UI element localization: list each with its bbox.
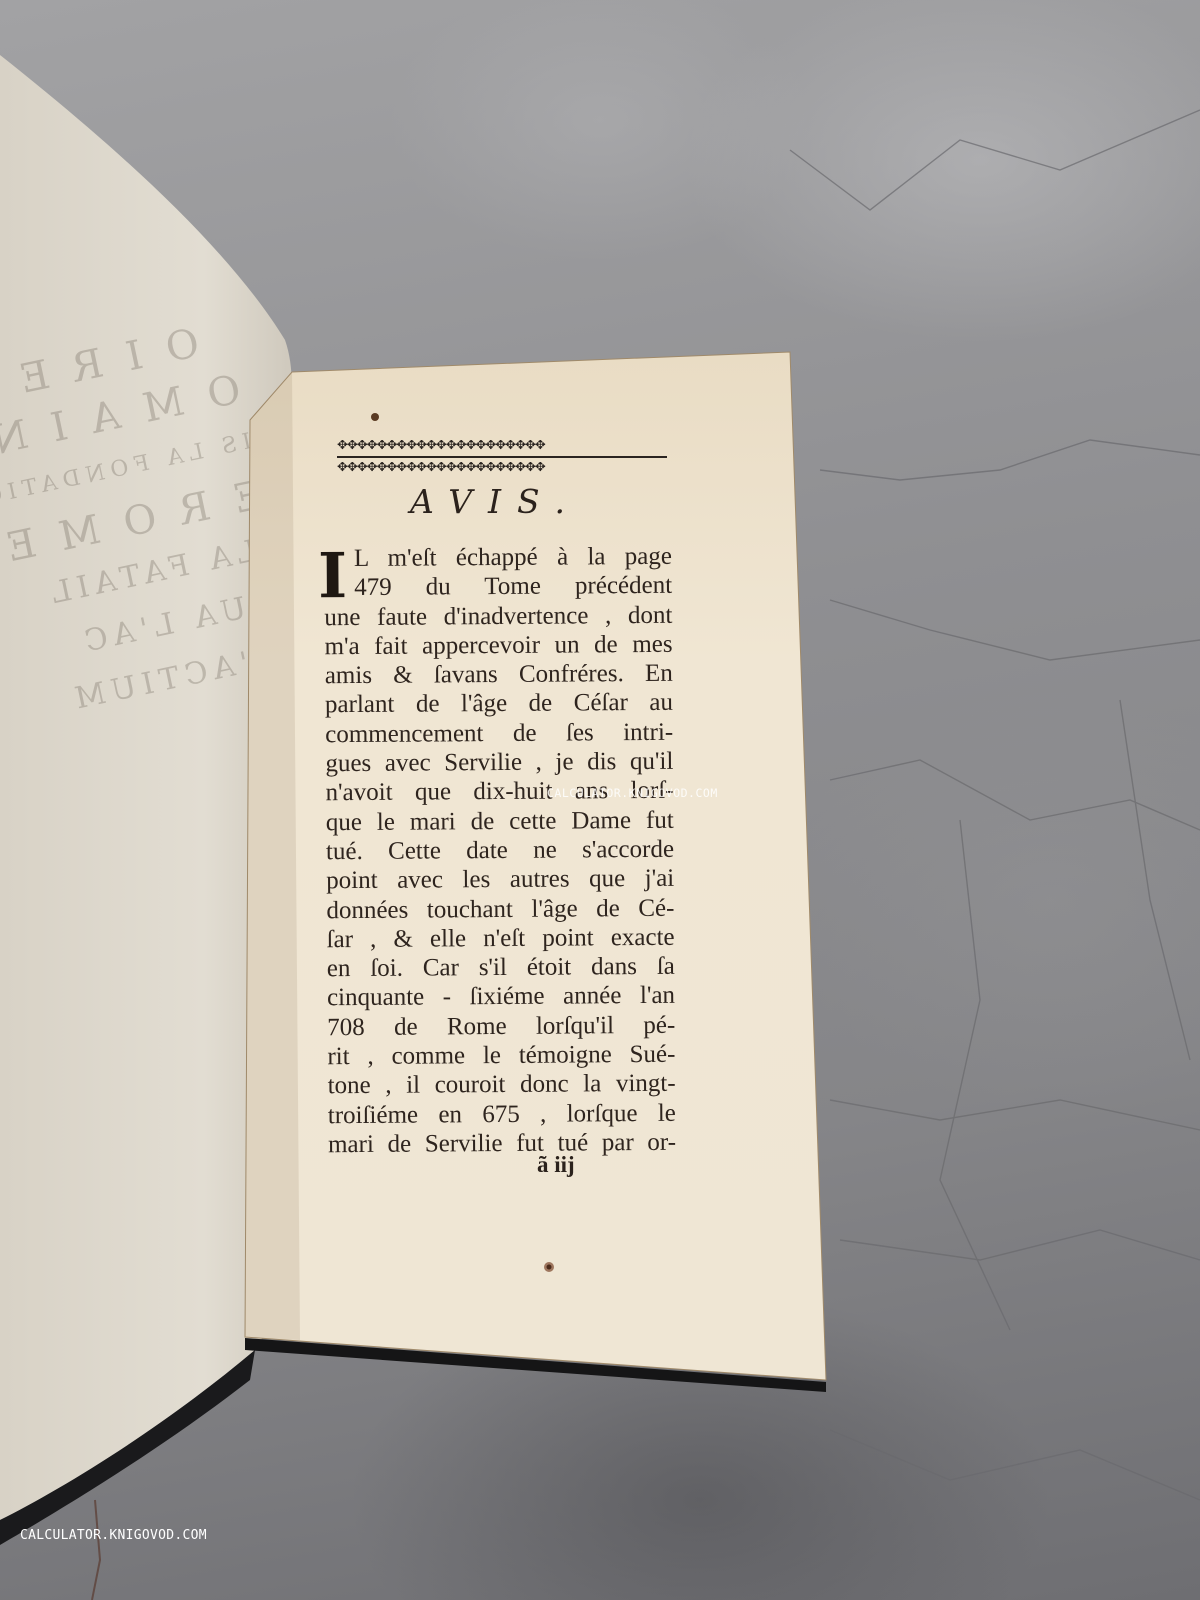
text-line: cinquante - ſixiéme année l'an xyxy=(327,981,675,1013)
text-line: rit , comme le témoigne Sué- xyxy=(327,1040,675,1072)
watermark-corner: CALCULATOR.KNIGOVOD.COM xyxy=(20,1528,207,1543)
text-line: parlant de l'âge de Céſar au xyxy=(325,688,673,720)
text-line: tué. Cette date ne s'accorde xyxy=(326,835,674,867)
signature-mark: ã iij xyxy=(537,1152,575,1178)
text-line: en ſoi. Car s'il étoit dans ſa xyxy=(327,952,675,984)
text-line: 708 de Rome lorſqu'il pé- xyxy=(327,1011,675,1043)
text-line: point avec les autres que j'ai xyxy=(326,864,674,896)
recto-page: ✥✥✥✥✥✥✥✥✥✥✥✥✥✥✥✥✥✥✥✥✥ ✥✥✥✥✥✥✥✥✥✥✥✥✥✥✥✥✥✥… xyxy=(0,0,1200,1600)
text-line: 479 du Tome précédent xyxy=(324,571,672,603)
ornament-row-top: ✥✥✥✥✥✥✥✥✥✥✥✥✥✥✥✥✥✥✥✥✥ xyxy=(337,440,667,452)
text-line: gues avec Servilie , je dis qu'il xyxy=(325,747,673,779)
ornament-row-bottom: ✥✥✥✥✥✥✥✥✥✥✥✥✥✥✥✥✥✥✥✥✥ xyxy=(337,462,667,474)
text-line: que le mari de cette Dame fut xyxy=(326,805,674,837)
watermark-center: CALCULATOR.KNIGOVOD.COM xyxy=(547,786,718,800)
ornament-rule xyxy=(337,456,667,458)
text-line: L m'eſt échappé à la page xyxy=(324,542,672,574)
text-line: commencement de ſes intri- xyxy=(325,718,673,750)
drop-cap: I xyxy=(318,548,347,604)
text-line: troiſiéme en 675 , lorſque le xyxy=(328,1098,676,1130)
text-line: m'a fait appercevoir un de mes xyxy=(324,630,672,662)
text-line: mari de Servilie fut tué par or- xyxy=(328,1128,676,1160)
header-ornament: ✥✥✥✥✥✥✥✥✥✥✥✥✥✥✥✥✥✥✥✥✥ ✥✥✥✥✥✥✥✥✥✥✥✥✥✥✥✥✥✥… xyxy=(337,440,667,474)
page-heading: AVIS. xyxy=(410,482,610,521)
body-text: I L m'eſt échappé à la page 479 du Tome … xyxy=(324,542,676,1160)
text-line: données touchant l'âge de Cé- xyxy=(326,893,674,925)
text-line: une faute d'inadvertence , dont xyxy=(324,600,672,632)
text-line: amis & ſavans Confréres. En xyxy=(325,659,673,691)
text-line: tone , il couroit donc la vingt- xyxy=(328,1069,676,1101)
text-line: ſar , & elle n'eſt point exacte xyxy=(327,923,675,955)
